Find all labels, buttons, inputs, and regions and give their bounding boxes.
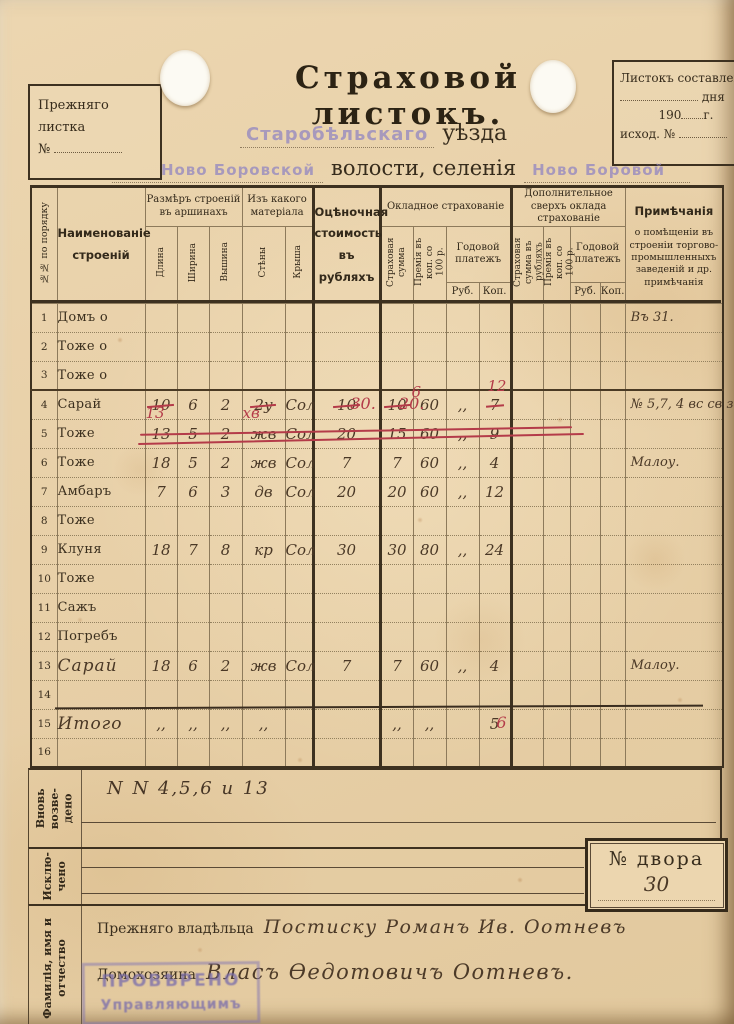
cell-valuation: 7 (313, 651, 380, 680)
cell-valuation (313, 361, 380, 390)
cell-extra-insured-sum (511, 564, 543, 593)
cell-extra-rub (570, 738, 600, 767)
cell-premium (413, 303, 446, 332)
cell-kop: 9 (479, 419, 511, 448)
cell-rub: ,, (446, 390, 479, 419)
cell-premium: 80 (413, 535, 446, 564)
cell-valuation (313, 709, 380, 738)
cell-length (145, 303, 177, 332)
cell-row-number: 14 (31, 680, 57, 709)
cell-kop: 712 (479, 390, 511, 419)
cell-width: 5 (177, 448, 209, 477)
newly-built-section: Вновьвозве-дено N N 4,5,6 и 13 (28, 768, 722, 847)
cell-row-number: 2 (31, 332, 57, 361)
cell-extra-insured-sum (511, 709, 543, 738)
cell-width: ,, (177, 709, 209, 738)
cell-extra-rub (570, 448, 600, 477)
cell-premium: 60 (413, 448, 446, 477)
cell-width (177, 303, 209, 332)
cell-extra-kop (600, 535, 625, 564)
cell-note (625, 564, 723, 593)
cell-length: 18 (145, 651, 177, 680)
cell-note: Малоу. (625, 448, 723, 477)
cell-roof (285, 303, 313, 332)
cell-roof (285, 622, 313, 651)
cell-note (625, 709, 723, 738)
cell-extra-rub (570, 390, 600, 419)
day-blank (620, 89, 698, 101)
cell-note (625, 332, 723, 361)
notes-subtitle: о помѣщеніи въ строеніи торгово-промышле… (626, 227, 723, 289)
col-header-valuation: Оцѣночная стоимость въ рубляхъ (313, 187, 380, 304)
cell-width (177, 680, 209, 709)
volost-stamp: Ново Боровской (112, 161, 323, 183)
cell-note (625, 738, 723, 767)
cell-valuation (313, 593, 380, 622)
cell-walls: ,, (242, 709, 285, 738)
cell-extra-rub (570, 506, 600, 535)
cell-length: 7 (145, 477, 177, 506)
cell-row-number: 1 (31, 303, 57, 332)
cell-height: ,, (209, 709, 242, 738)
cell-extra-premium (543, 535, 570, 564)
previous-owner-line: Прежняго владѣльца Постиску Романъ Ив. О… (97, 916, 627, 938)
cell-length: 1013 (145, 390, 177, 419)
cell-extra-kop (600, 622, 625, 651)
cell-valuation (313, 738, 380, 767)
cell-kop (479, 332, 511, 361)
cell-length (145, 564, 177, 593)
cell-valuation (313, 622, 380, 651)
cell-note (625, 477, 723, 506)
cell-extra-insured-sum (511, 390, 543, 419)
col-header-roof: Крыша (285, 226, 313, 303)
cell-walls (242, 332, 285, 361)
cell-extra-insured-sum (511, 332, 543, 361)
cell-rub (446, 738, 479, 767)
cell-width: 6 (177, 651, 209, 680)
cell-building-name: Тоже (57, 419, 145, 448)
cell-roof: Сол (285, 651, 313, 680)
cell-extra-rub (570, 593, 600, 622)
cell-extra-insured-sum (511, 477, 543, 506)
verified-stamp-line1: ПРОВѢРЕНО (89, 970, 253, 992)
cell-row-number: 13 (31, 651, 57, 680)
yard-number-box: № двора 30 (585, 838, 728, 912)
cell-roof (285, 738, 313, 767)
cell-kop (479, 303, 511, 332)
cell-extra-premium (543, 361, 570, 390)
cell-walls (242, 564, 285, 593)
col-header-building-name: Наименованіе строеній (57, 187, 145, 304)
cell-building-name: Домъ о (57, 303, 145, 332)
cell-extra-premium (543, 738, 570, 767)
cell-length: ,, (145, 709, 177, 738)
col-header-height: Вышина (209, 226, 242, 303)
cell-height (209, 593, 242, 622)
volost-line: Ново Боровской волости, селенія Ново Бор… (112, 156, 690, 183)
names-label-cell: Фамилія, имя иотчество (29, 906, 82, 1024)
sheet-made-label: Листокъ составленъ (620, 69, 734, 88)
cell-extra-rub (570, 564, 600, 593)
cell-extra-rub (570, 535, 600, 564)
cell-walls: жв (242, 448, 285, 477)
cell-rub (446, 361, 479, 390)
cell-roof (285, 709, 313, 738)
cell-roof: Сол (285, 535, 313, 564)
table-row: 3Тоже о (31, 361, 723, 390)
cell-extra-kop (600, 709, 625, 738)
cell-extra-kop (600, 390, 625, 419)
col-header-extra-insured-sum: Страховая сумма въ рубляхъ (511, 226, 543, 303)
cell-row-number: 16 (31, 738, 57, 767)
cell-height: 2 (209, 390, 242, 419)
cell-building-name (57, 680, 145, 709)
cell-extra-premium (543, 332, 570, 361)
newly-built-label-cell: Вновьвозве-дено (29, 770, 82, 847)
cell-extra-rub (570, 622, 600, 651)
cell-building-name: Тоже о (57, 332, 145, 361)
punch-hole-left (160, 50, 210, 106)
cell-width: 7 (177, 535, 209, 564)
col-group-size: Размѣръ строеній въ аршинахъ (145, 187, 242, 227)
cell-length (145, 332, 177, 361)
cell-walls: дв (242, 477, 285, 506)
cell-height: 2 (209, 448, 242, 477)
cell-width (177, 738, 209, 767)
previous-sheet-number-blank (54, 141, 122, 153)
cell-walls (242, 593, 285, 622)
cell-kop (479, 622, 511, 651)
cell-valuation (313, 332, 380, 361)
table-row: 1Домъ оВъ 31. (31, 303, 723, 332)
cell-insured-sum (380, 564, 413, 593)
cell-height (209, 506, 242, 535)
cell-roof (285, 680, 313, 709)
cell-kop (479, 564, 511, 593)
verified-stamp: ПРОВѢРЕНО Управляющимъ (82, 961, 261, 1024)
cell-extra-premium (543, 651, 570, 680)
cell-premium: 60 (413, 477, 446, 506)
cell-rub: ,, (446, 535, 479, 564)
cell-building-name: Тоже (57, 564, 145, 593)
cell-kop (479, 593, 511, 622)
cell-extra-kop (600, 738, 625, 767)
volost-label: волости, селенія (331, 156, 516, 180)
cell-building-name: Погребъ (57, 622, 145, 651)
cell-insured-sum: 20 (380, 477, 413, 506)
cell-extra-rub (570, 709, 600, 738)
cell-row-number: 3 (31, 361, 57, 390)
cell-extra-premium (543, 477, 570, 506)
excluded-label-cell: Исклю-чено (29, 849, 82, 904)
newly-built-value: N N 4,5,6 и 13 (107, 778, 270, 799)
cell-note (625, 593, 723, 622)
cell-extra-kop (600, 419, 625, 448)
yard-number-value: 30 (588, 872, 725, 896)
cell-extra-insured-sum (511, 738, 543, 767)
cell-rub: ,, (446, 651, 479, 680)
yard-number-rule (598, 900, 715, 901)
cell-rub: ,, (446, 448, 479, 477)
previous-sheet-number-label: № (38, 142, 50, 157)
cell-extra-kop (600, 448, 625, 477)
cell-extra-premium (543, 564, 570, 593)
cell-valuation: 20 (313, 419, 380, 448)
cell-row-number: 11 (31, 593, 57, 622)
cell-valuation: 7 (313, 448, 380, 477)
cell-width: 6 (177, 390, 209, 419)
table-row: 15Итого,,,,,,,,,,,,56 (31, 709, 723, 738)
year-blank (681, 107, 703, 119)
cell-kop: 4 (479, 448, 511, 477)
cell-insured-sum (380, 332, 413, 361)
cell-note (625, 419, 723, 448)
cell-extra-premium (543, 303, 570, 332)
table-row: 16 (31, 738, 723, 767)
cell-height (209, 738, 242, 767)
cell-walls (242, 738, 285, 767)
year-suffix: г. (703, 108, 713, 122)
cell-rub (446, 303, 479, 332)
cell-extra-insured-sum (511, 506, 543, 535)
cell-kop: 24 (479, 535, 511, 564)
cell-premium (413, 593, 446, 622)
cell-premium (413, 680, 446, 709)
cell-insured-sum (380, 622, 413, 651)
cell-extra-kop (600, 651, 625, 680)
cell-width (177, 506, 209, 535)
cell-height (209, 622, 242, 651)
names-label: Фамилія, имя иотчество (41, 918, 69, 1019)
cell-extra-kop (600, 361, 625, 390)
excluded-rule-2 (81, 893, 584, 894)
cell-walls (242, 622, 285, 651)
cell-building-name (57, 738, 145, 767)
cell-premium: 60 (413, 651, 446, 680)
col-header-annual-payment: Годовой платежъ (446, 226, 511, 282)
cell-premium (413, 738, 446, 767)
cell-insured-sum (380, 593, 413, 622)
cell-rub (446, 593, 479, 622)
col-group-material: Изъ какого матеріала (242, 187, 313, 227)
cell-building-name: Итого (57, 709, 145, 738)
cell-insured-sum: 7 (380, 651, 413, 680)
col-header-extra-annual-payment: Годовой платежъ (570, 226, 625, 282)
cell-note: № 5,7, 4 вс св зд (625, 390, 723, 419)
cell-valuation: 30 (313, 535, 380, 564)
cell-extra-rub (570, 332, 600, 361)
col-header-premium: Премія въ коп. со 100 р. (413, 226, 446, 303)
householder-value: Власъ Ѳедотовичъ Оотневъ. (206, 960, 574, 984)
cell-extra-rub (570, 477, 600, 506)
table-row: 8Тоже (31, 506, 723, 535)
cell-row-number: 5 (31, 419, 57, 448)
cell-insured-sum: 7 (380, 448, 413, 477)
cell-length (145, 593, 177, 622)
col-header-notes: Примѣчанія о помѣщеніи въ строеніи торго… (625, 187, 723, 304)
cell-height (209, 564, 242, 593)
cell-premium: 60 (413, 419, 446, 448)
cell-roof (285, 564, 313, 593)
cell-premium (413, 506, 446, 535)
table-row: 5Тоже1352жвСол201560,,9 (31, 419, 723, 448)
day-label: дня (702, 90, 725, 104)
cell-extra-insured-sum (511, 448, 543, 477)
cell-height (209, 680, 242, 709)
cell-roof: Сол (285, 419, 313, 448)
cell-roof: Сол (285, 477, 313, 506)
cell-roof (285, 593, 313, 622)
cell-building-name: Тоже (57, 506, 145, 535)
cell-length (145, 622, 177, 651)
col-header-extra-premium: Премія въ коп. со 100 р. (543, 226, 570, 303)
cell-walls (242, 361, 285, 390)
cell-length: 18 (145, 448, 177, 477)
col-group-extra-insurance: Дополнительное сверхъ оклада страхованіе (511, 187, 625, 227)
sheet-made-box: Листокъ составленъ дня 190г. исход. № (612, 60, 734, 166)
table-row: 6Тоже1852жвСол7760,,4Малоу. (31, 448, 723, 477)
cell-extra-insured-sum (511, 593, 543, 622)
cell-length (145, 506, 177, 535)
cell-row-number: 7 (31, 477, 57, 506)
cell-building-name: Тоже о (57, 361, 145, 390)
cell-row-number: 12 (31, 622, 57, 651)
cell-row-number: 9 (31, 535, 57, 564)
cell-walls: жв (242, 651, 285, 680)
cell-premium (413, 564, 446, 593)
cell-note: Малоу. (625, 651, 723, 680)
cell-width (177, 564, 209, 593)
cell-insured-sum: 15 (380, 419, 413, 448)
cell-length (145, 738, 177, 767)
cell-valuation (313, 564, 380, 593)
outgoing-blank (679, 126, 727, 138)
cell-kop: 4 (479, 651, 511, 680)
cell-length: 18 (145, 535, 177, 564)
cell-extra-rub (570, 651, 600, 680)
cell-height: 2 (209, 651, 242, 680)
excluded-label: Исклю-чено (41, 852, 69, 901)
table-row: 2Тоже о (31, 332, 723, 361)
cell-walls (242, 680, 285, 709)
previous-owner-label: Прежняго владѣльца (97, 921, 254, 937)
cell-length (145, 680, 177, 709)
cell-insured-sum (380, 506, 413, 535)
newly-built-label: Вновьвозве-дено (34, 788, 75, 829)
cell-width (177, 332, 209, 361)
cell-extra-kop (600, 303, 625, 332)
col-header-width: Ширина (177, 226, 209, 303)
cell-extra-kop (600, 477, 625, 506)
col-group-oklad-insurance: Окладное страхованіе (380, 187, 511, 227)
table-row: 4Сарай1013622ухвСол1030.1020.606,,712№ 5… (31, 390, 723, 419)
cell-note (625, 622, 723, 651)
cell-rub (446, 709, 479, 738)
cell-extra-rub (570, 303, 600, 332)
col-header-insured-sum: Страховая сумма (380, 226, 413, 303)
cell-extra-premium (543, 506, 570, 535)
cell-length (145, 361, 177, 390)
cell-walls: кр (242, 535, 285, 564)
cell-extra-premium (543, 622, 570, 651)
cell-rub (446, 506, 479, 535)
cell-height (209, 361, 242, 390)
cell-width (177, 593, 209, 622)
year-prefix: 190 (658, 108, 681, 122)
excluded-rule-1 (81, 867, 584, 868)
newly-built-rule (81, 822, 716, 823)
insurance-sheet-scan: Прежняго листка № Страховой листокъ. Ста… (0, 0, 734, 1024)
cell-insured-sum: 1020. (380, 390, 413, 419)
cell-rub (446, 564, 479, 593)
cell-insured-sum (380, 361, 413, 390)
table-row: 10Тоже (31, 564, 723, 593)
cell-kop (479, 738, 511, 767)
village-stamp: Ново Боровой (524, 161, 690, 183)
cell-note (625, 361, 723, 390)
cell-extra-insured-sum (511, 535, 543, 564)
uyezd-stamp: Старобѣльскаго (240, 124, 434, 148)
cell-insured-sum (380, 738, 413, 767)
cell-walls: 2ухв (242, 390, 285, 419)
cell-row-number: 15 (31, 709, 57, 738)
cell-extra-insured-sum (511, 622, 543, 651)
cell-roof (285, 332, 313, 361)
cell-extra-premium (543, 709, 570, 738)
cell-height: 8 (209, 535, 242, 564)
cell-rub: ,, (446, 477, 479, 506)
cell-height (209, 303, 242, 332)
table-header-bottom-rule (31, 300, 721, 303)
verified-stamp-line2: Управляющимъ (89, 996, 253, 1014)
punch-hole-right (530, 60, 576, 113)
cell-building-name: Сажъ (57, 593, 145, 622)
buildings-table: №№ по порядку Наименованіе строеній Разм… (30, 185, 724, 768)
cell-roof: Сол (285, 390, 313, 419)
table-row: 13Сарай1862жвСол7760,,4Малоу. (31, 651, 723, 680)
table-row: 7Амбаръ763двСол202060,,12 (31, 477, 723, 506)
table-row: 11Сажъ (31, 593, 723, 622)
cell-extra-kop (600, 506, 625, 535)
cell-insured-sum (380, 303, 413, 332)
cell-walls (242, 303, 285, 332)
yard-number-label: № двора (588, 848, 725, 870)
uyezd-label: уѣзда (442, 121, 507, 146)
col-header-walls: Стѣны (242, 226, 285, 303)
notes-title: Примѣчанія (635, 204, 714, 218)
uyezd-line: Старобѣльскаго уѣзда (240, 121, 507, 148)
cell-building-name: Клуня (57, 535, 145, 564)
cell-premium (413, 332, 446, 361)
cell-insured-sum: 30 (380, 535, 413, 564)
cell-extra-insured-sum (511, 361, 543, 390)
cell-kop (479, 506, 511, 535)
cell-building-name: Тоже (57, 448, 145, 477)
cell-rub (446, 622, 479, 651)
cell-extra-premium (543, 448, 570, 477)
cell-kop: 12 (479, 477, 511, 506)
cell-valuation: 1030. (313, 390, 380, 419)
cell-premium (413, 622, 446, 651)
cell-width: 6 (177, 477, 209, 506)
cell-height (209, 332, 242, 361)
cell-insured-sum: ,, (380, 709, 413, 738)
cell-row-number: 4 (31, 390, 57, 419)
previous-owner-value: Постиску Романъ Ив. Оотневъ (264, 916, 627, 938)
table-row: 12Погребъ (31, 622, 723, 651)
cell-rub (446, 332, 479, 361)
